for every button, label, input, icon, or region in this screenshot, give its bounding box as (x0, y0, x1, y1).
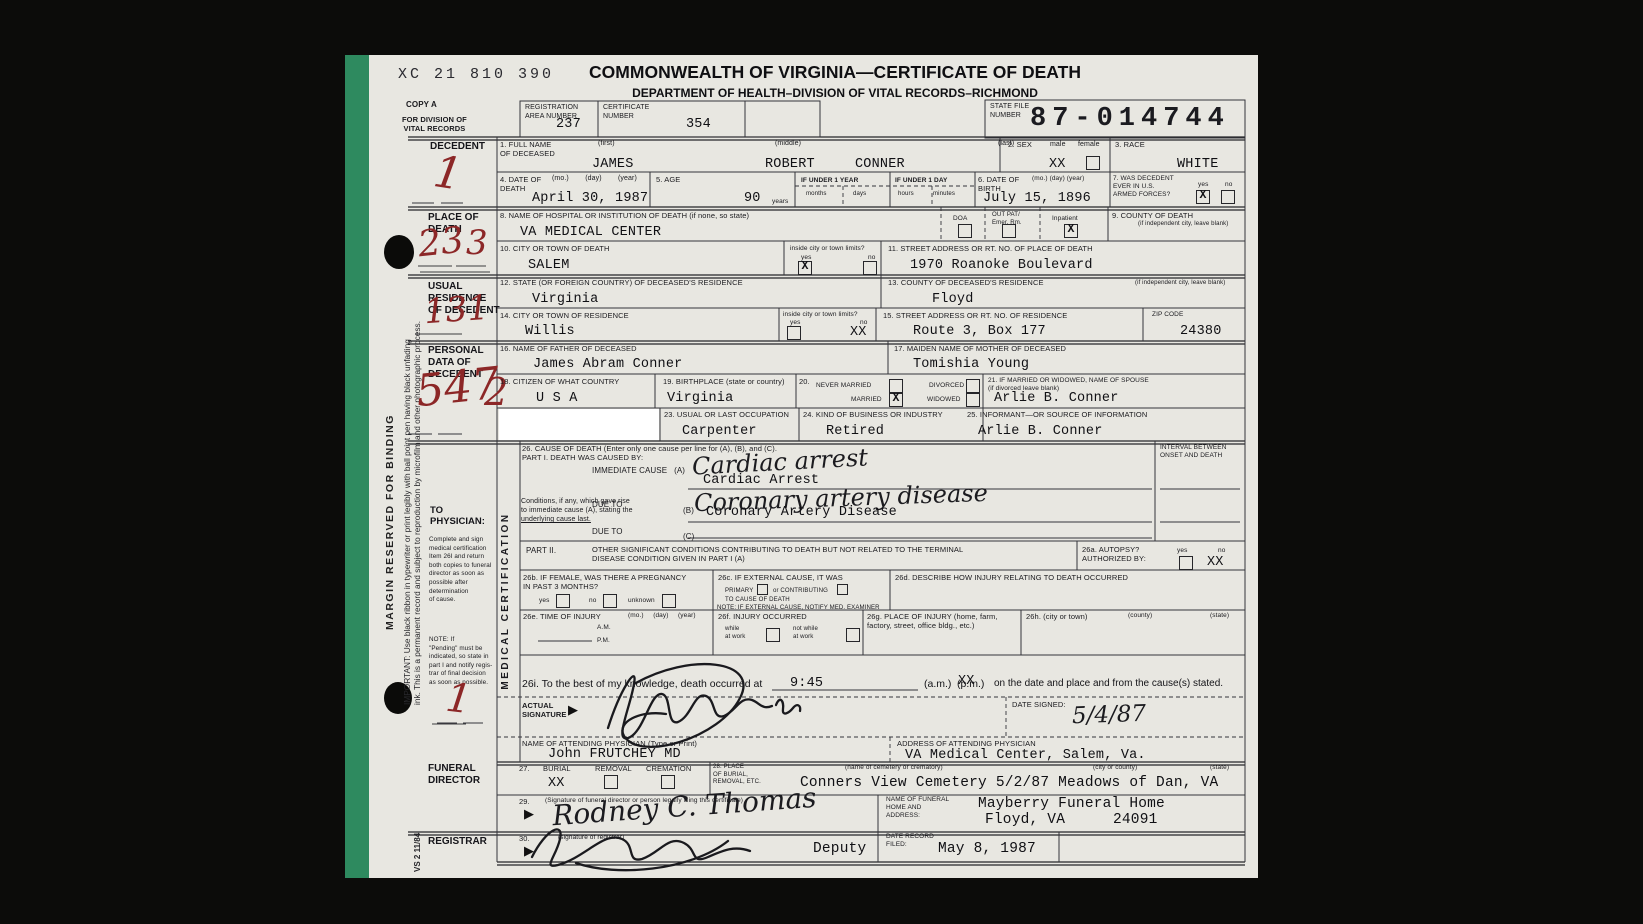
outpat-checkbox (1002, 224, 1016, 238)
county-of-residence: Floyd (932, 292, 974, 307)
field13-note: (if independent city, leave blank) (1135, 279, 1225, 287)
contributing-cap: or CONTRIBUTING (773, 587, 828, 595)
certificate-number-value: 354 (686, 117, 711, 132)
doa-cap: DOA (953, 215, 967, 223)
limits-no-checkbox (863, 261, 877, 275)
primary-checkbox (757, 584, 768, 595)
autopsy-yes-cap: yes (1177, 547, 1187, 555)
field7-label: 7. WAS DECEDENT EVER IN U.S. ARMED FORCE… (1113, 175, 1174, 199)
zip-label: ZIP CODE (1152, 311, 1183, 319)
days-cap: days (853, 190, 866, 198)
redaction-box (499, 409, 659, 440)
decedent-middle-name: ROBERT (765, 157, 815, 172)
street-of-residence: Route 3, Box 177 (913, 324, 1046, 339)
to-cause-cap: TO CAUSE OF DEATH (725, 596, 790, 604)
autopsy-label: 26a. AUTOPSY? AUTHORIZED BY: (1082, 545, 1146, 564)
birthplace-value: Virginia (667, 391, 733, 406)
physician-name-value: John FRUTCHEY MD (548, 747, 681, 762)
field28-label: 28. PLACE OF BURIAL, REMOVAL, ETC. (713, 763, 761, 786)
sex-male-mark: XX (1049, 157, 1066, 172)
divorced-cap: DIVORCED (929, 382, 964, 390)
am-paren: (a.m.) (924, 678, 951, 690)
forces-no-checkbox (1221, 190, 1235, 204)
not-while-at-work-checkbox (846, 628, 860, 642)
age-years-cap: years (772, 198, 788, 206)
actual-signature-label: ACTUAL SIGNATURE (522, 701, 567, 720)
signature-arrow-icon: ▶ (568, 702, 578, 718)
divorced-checkbox (966, 379, 980, 393)
due-to-c-cap: DUE TO (592, 527, 623, 537)
field26e-caps: (mo.) (day) (year) (628, 612, 696, 620)
c-cap: (C) (683, 532, 694, 542)
married-checkbox: X (889, 393, 903, 407)
removal-cap: REMOVAL (595, 764, 632, 773)
immediate-cause-cap: IMMEDIATE CAUSE (A) (592, 466, 685, 476)
not-while-at-work-cap: not while at work (793, 625, 818, 640)
physician-addr-label: ADDRESS OF ATTENDING PHYSICIAN (897, 739, 1036, 748)
physician-addr-value: VA Medical Center, Salem, Va. (905, 748, 1146, 763)
field26d-label: 26d. DESCRIBE HOW INJURY RELATING TO DEA… (895, 573, 1128, 582)
field29-num: 29. (519, 797, 530, 806)
date-of-death: April 30, 1987 (532, 191, 648, 206)
city-of-death: SALEM (528, 258, 570, 273)
registrar-signature-scribble (520, 815, 775, 875)
field14-label: 14. CITY OR TOWN OF RESIDENCE (500, 311, 629, 320)
field26i-post: on the date and place and from the cause… (994, 678, 1223, 689)
business-value: Retired (826, 424, 884, 439)
forces-yes-cap: yes (1198, 181, 1208, 189)
limits-cap-res: inside city or town limits? (783, 311, 858, 319)
married-cap: MARRIED (851, 396, 882, 404)
field24-label: 24. KIND OF BUSINESS OR INDUSTRY (803, 410, 943, 419)
mother-name: Tomishia Young (913, 357, 1029, 372)
street-of-death: 1970 Roanoke Boulevard (910, 258, 1093, 273)
county-cap: (county) (1128, 612, 1152, 620)
removal-checkbox (604, 775, 618, 789)
b-cap: (B) (683, 506, 694, 516)
never-married-checkbox (889, 379, 903, 393)
field26g-label: 26g. PLACE OF INJURY (home, farm, factor… (867, 612, 998, 631)
field25-label: 25. INFORMANT—OR SOURCE OF INFORMATION (967, 410, 1147, 419)
cremation-checkbox (661, 775, 675, 789)
field19-label: 19. BIRTHPLACE (state or country) (663, 377, 785, 386)
autopsy-yes-checkbox (1179, 556, 1193, 570)
field17-label: 17. MAIDEN NAME OF MOTHER OF DECEASED (894, 344, 1066, 353)
pm-cap: P.M. (597, 637, 610, 645)
limits-res-no-mark: XX (850, 325, 867, 340)
widowed-cap: WIDOWED (927, 396, 961, 404)
field9-label: 9. COUNTY OF DEATH (1112, 211, 1193, 220)
field20-num: 20. (799, 377, 810, 386)
field26b-label: 26b. IF FEMALE, WAS THERE A PREGNANCY IN… (523, 573, 686, 592)
funeral-home-zip: 24091 (1113, 812, 1158, 828)
pregnancy-unknown-cap: unknown (628, 597, 655, 605)
field1-first-cap: (first) (598, 140, 615, 149)
minutes-cap: minutes (933, 190, 955, 198)
widowed-checkbox (966, 393, 980, 407)
copy-for-label: FOR DIVISION OF VITAL RECORDS (402, 115, 467, 134)
section-funeral-director: FUNERAL DIRECTOR (428, 763, 480, 787)
field9-note: (if independent city, leave blank) (1138, 220, 1243, 228)
primary-cap: PRIMARY (725, 587, 753, 595)
field1-label: 1. FULL NAME OF DECEASED (500, 140, 555, 159)
city-county-cap: (city or county) (1093, 764, 1137, 772)
inpatient-cap: Inpatient (1052, 215, 1078, 223)
annotation-place-b: 3 (466, 223, 488, 263)
form-code: VS 2 11/84 (413, 812, 422, 872)
hospital-value: VA MEDICAL CENTER (520, 225, 661, 240)
page-subtitle: DEPARTMENT OF HEALTH–DIVISION OF VITAL R… (505, 86, 1165, 100)
field23-label: 23. USUAL OR LAST OCCUPATION (664, 410, 789, 419)
citizen-value: U S A (536, 391, 578, 406)
forces-no-cap: no (1225, 181, 1232, 189)
margin-binding-text: MARGIN RESERVED FOR BINDING (384, 290, 396, 630)
am-cap: A.M. (597, 624, 611, 632)
to-physician-note: Complete and sign medical certification … (429, 536, 491, 605)
autopsy-no-cap: no (1218, 547, 1225, 555)
part2-cap: PART II. (526, 546, 556, 556)
cemetery-cap: (name of cemetery or crematory) (845, 764, 943, 772)
cemetery-value: Conners View Cemetery 5/2/87 Meadows of … (800, 775, 1218, 791)
field6-caps: (mo.) (day) (year) (1032, 175, 1084, 183)
date-of-birth: July 15, 1896 (983, 191, 1091, 206)
page-title: COMMONWEALTH OF VIRGINIA—CERTIFICATE OF … (505, 62, 1165, 83)
pregnancy-no-cap: no (589, 597, 596, 605)
section-to-physician: TO PHYSICIAN: (430, 505, 485, 528)
field8-label: 8. NAME OF HOSPITAL OR INSTITUTION OF DE… (500, 211, 749, 220)
contributing-checkbox (837, 584, 848, 595)
certificate-number-label: CERTIFICATE NUMBER (603, 104, 649, 122)
field11-label: 11. STREET ADDRESS OR RT. NO. OF PLACE O… (888, 244, 1093, 253)
under-day-cap: IF UNDER 1 DAY (895, 177, 947, 185)
burial-mark: XX (548, 776, 565, 791)
part2-text: OTHER SIGNIFICANT CONDITIONS CONTRIBUTIN… (592, 545, 963, 564)
pregnancy-yes-checkbox (556, 594, 570, 608)
father-name: James Abram Conner (533, 357, 682, 372)
registration-area-value: 237 (556, 117, 581, 132)
state-cap-28: (state) (1210, 764, 1229, 772)
cremation-cap: CREMATION (646, 764, 691, 773)
autopsy-no-mark: XX (1207, 555, 1224, 570)
state-of-residence: Virginia (532, 292, 598, 307)
sex-female-checkbox (1086, 156, 1100, 170)
city-of-residence: Willis (525, 324, 575, 339)
field26h-label: 26h. (city or town) (1026, 612, 1088, 621)
field13-label: 13. COUNTY OF DECEASED'S RESIDENCE (888, 278, 1044, 287)
never-married-cap: NEVER MARRIED (816, 382, 871, 390)
field26e-label: 26e. TIME OF INJURY (523, 612, 601, 621)
state-cap: (state) (1210, 612, 1229, 620)
field4-caps: (mo.) (day) (year) (552, 175, 637, 184)
doa-checkbox (958, 224, 972, 238)
annotation-place-a: 23 (416, 220, 466, 266)
section-registrar: REGISTRAR (428, 836, 487, 848)
field2-label: 2. SEX (1008, 140, 1032, 149)
field26c-label: 26c. IF EXTERNAL CAUSE, IT WAS (718, 573, 843, 582)
conditions-note2: underlying cause last. (521, 516, 591, 525)
pregnancy-no-checkbox (603, 594, 617, 608)
field18-label: 18. CITIZEN OF WHAT COUNTRY (500, 377, 619, 386)
months-cap: months (806, 190, 827, 198)
field5-label: 5. AGE (656, 175, 680, 184)
date-signed-value: 5/4/87 (1072, 701, 1147, 730)
field10-label: 10. CITY OR TOWN OF DEATH (500, 244, 609, 253)
age-value: 90 (744, 191, 761, 206)
cause-b-typed: Coronary Artery Disease (706, 505, 897, 520)
under-year-cap: IF UNDER 1 YEAR (801, 177, 858, 185)
sex-male-cap: male (1050, 141, 1066, 150)
external-note: NOTE: IF EXTERNAL CAUSE, NOTIFY MED. EXA… (717, 604, 880, 612)
occupation-value: Carpenter (682, 424, 757, 439)
limits-res-yes-checkbox (787, 326, 801, 340)
decedent-first-name: JAMES (592, 157, 634, 172)
funeral-home-city: Floyd, VA (985, 812, 1065, 828)
pregnancy-yes-cap: yes (539, 597, 549, 605)
annotation-residence: 131 (423, 288, 491, 332)
registrar-deputy: Deputy (813, 841, 866, 857)
funeral-home-label: NAME OF FUNERAL HOME AND ADDRESS: (886, 796, 949, 820)
due-to-b-cap: DUE TO (592, 500, 623, 510)
while-at-work-cap: while at work (725, 625, 745, 640)
inpatient-checkbox: X (1064, 224, 1078, 238)
date-signed-label: DATE SIGNED: (1012, 700, 1066, 709)
interval-label: INTERVAL BETWEEN ONSET AND DEATH (1160, 444, 1227, 460)
pm-strike-mark: XX (958, 674, 975, 689)
while-at-work-checkbox (766, 628, 780, 642)
limits-yes-checkbox: X (798, 261, 812, 275)
state-file-number: 87-014744 (1030, 104, 1230, 134)
informant-value: Arlie B. Conner (978, 424, 1103, 439)
field26f-label: 26f. INJURY OCCURRED (718, 612, 807, 621)
pregnancy-unknown-checkbox (662, 594, 676, 608)
field1-middle-cap: (middle) (775, 140, 801, 149)
forces-yes-checkbox: X (1196, 190, 1210, 204)
field27-num: 27. (519, 764, 530, 773)
field3-label: 3. RACE (1115, 140, 1145, 149)
field15-label: 15. STREET ADDRESS OR RT. NO. OF RESIDEN… (883, 311, 1067, 320)
funeral-home-name: Mayberry Funeral Home (978, 796, 1165, 812)
state-file-label: STATE FILE NUMBER (990, 103, 1029, 121)
hours-cap: hours (898, 190, 914, 198)
limits-cap-death: inside city or town limits? (790, 245, 865, 253)
date-filed-value: May 8, 1987 (938, 841, 1036, 857)
section-medical-certification: MEDICAL CERTIFICATION (500, 444, 511, 758)
field12-label: 12. STATE (OR FOREIGN COUNTRY) OF DECEAS… (500, 278, 743, 287)
spouse-name: Arlie B. Conner (994, 391, 1119, 406)
burial-cap: BURIAL (543, 764, 571, 773)
date-filed-label: DATE RECORD FILED: (886, 833, 934, 849)
copy-label: COPY A (406, 100, 437, 110)
sex-female-cap: female (1078, 141, 1100, 150)
decedent-last-name: CONNER (855, 157, 905, 172)
scanned-death-certificate: XC 21 810 390 COMMONWEALTH OF VIRGINIA—C… (0, 0, 1643, 924)
race-value: WHITE (1177, 157, 1219, 172)
zip-value: 24380 (1180, 324, 1222, 339)
field16-label: 16. NAME OF FATHER OF DECEASED (500, 344, 637, 353)
